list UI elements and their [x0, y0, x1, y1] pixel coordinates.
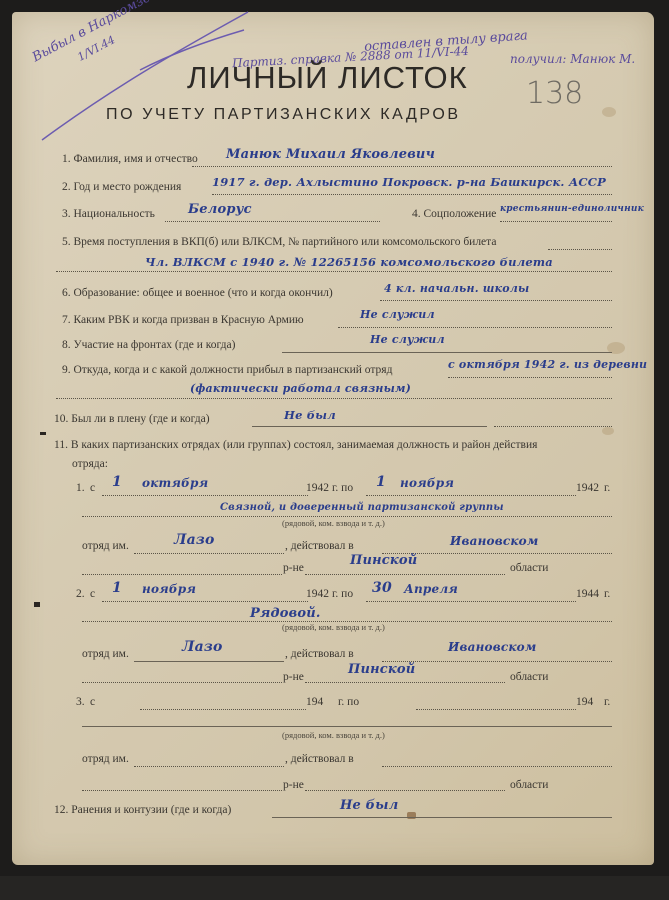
- field-5-line-2: [56, 271, 612, 272]
- field-11-label-2: отряда:: [72, 458, 108, 470]
- field-5-line: [548, 249, 612, 250]
- field-9-line-2: [56, 398, 612, 399]
- entry-1-to-year: 1942: [576, 482, 599, 494]
- entry-3-district-label: р-не: [283, 779, 304, 791]
- entry-1-region-label: области: [510, 562, 548, 574]
- entry-1-year-end: г.: [604, 482, 610, 494]
- entry-1-acted-in: Ивановском: [450, 534, 538, 548]
- entry-1-to-day: 1: [376, 474, 386, 490]
- entry-2-from-year: 1942: [306, 588, 329, 600]
- entry-1-position: Связной, и доверенный партизанской групп…: [220, 502, 504, 513]
- entry-2-to-line: [366, 601, 576, 602]
- field-3-label: 3. Национальность: [62, 208, 155, 220]
- entry-2-to-day: 30: [372, 580, 392, 596]
- entry-3-num: 3.: [76, 696, 85, 708]
- field-3-line: [165, 221, 380, 222]
- entry-3-acted-line: [382, 766, 612, 767]
- field-10-line: [252, 426, 487, 427]
- entry-3-acted-label: , действовал в: [285, 753, 354, 765]
- entry-1-from-year: 1942: [306, 482, 329, 494]
- field-10-value: Не был: [284, 408, 336, 422]
- entry-2-acted-in: Ивановском: [448, 640, 536, 654]
- field-12-value: Не был: [340, 798, 398, 813]
- entry-1-to-label: г. по: [332, 482, 353, 494]
- entry-2-district-line: [82, 682, 282, 683]
- page-title: ЛИЧНЫЙ ЛИСТОК: [187, 60, 468, 96]
- entry-1-region-line: [305, 574, 505, 575]
- entry-3-detachment-line: [134, 766, 284, 767]
- entry-1-from-month: октября: [142, 476, 208, 490]
- field-6-value: 4 кл. начальн. школы: [384, 282, 529, 295]
- entry-1-detachment: Лазо: [174, 532, 215, 548]
- field-3-value: Белорус: [188, 202, 252, 217]
- field-7-line: [338, 327, 612, 328]
- field-9-label: 9. Откуда, когда и с какой должности при…: [62, 364, 392, 376]
- entry-1-from-line: [102, 495, 308, 496]
- sheet-number: 138: [526, 76, 583, 111]
- field-7-value: Не служил: [360, 308, 435, 321]
- page-subtitle: ПО УЧЕТУ ПАРТИЗАНСКИХ КАДРОВ: [106, 106, 461, 124]
- received-by-note: получил: Манюк М.: [510, 52, 635, 66]
- field-1-label: 1. Фамилия, имя и отчество: [62, 153, 198, 165]
- entry-1-acted-label: , действовал в: [285, 540, 354, 552]
- entry-2-acted-line: [382, 661, 612, 662]
- field-2-value: 1917 г. дер. Ахлыстино Покровск. р-на Ба…: [212, 175, 606, 189]
- field-1-value: Манюк Михаил Яковлевич: [226, 147, 435, 162]
- field-8-value: Не служил: [370, 333, 445, 346]
- entry-1-detachment-line: [134, 553, 284, 554]
- entry-2-caption: (рядовой, ком. взвода и т. д.): [282, 622, 385, 632]
- field-10-line-2: [494, 426, 612, 427]
- field-5-label: 5. Время поступления в ВКП(б) или ВЛКСМ,…: [62, 236, 496, 248]
- entry-3-year-end: г.: [604, 696, 610, 708]
- field-4-label: 4. Соцположение: [412, 208, 496, 220]
- entry-2-detachment-label: отряд им.: [82, 648, 129, 660]
- entry-3-detachment-label: отряд им.: [82, 753, 129, 765]
- entry-2-detachment-line: [134, 661, 284, 662]
- entry-3-district-line: [82, 790, 282, 791]
- field-9-value-2: (фактически работал связным): [190, 382, 411, 395]
- entry-2-to-year: 1944: [576, 588, 599, 600]
- entry-2-from-month: ноября: [142, 582, 196, 596]
- field-2-line: [212, 194, 612, 195]
- entry-1-from-label: с: [90, 482, 95, 494]
- field-8-label: 8. Участие на фронтах (где и когда): [62, 339, 235, 351]
- entry-3-region-line: [305, 790, 505, 791]
- entry-3-caption: (рядовой, ком. взвода и т. д.): [282, 730, 385, 740]
- field-8-line: [282, 352, 612, 353]
- entry-2-to-label: г. по: [332, 588, 353, 600]
- entry-3-from-line: [140, 709, 306, 710]
- field-5-value: Чл. ВЛКСМ с 1940 г. № 12265156 комсомоль…: [145, 255, 553, 269]
- entry-2-from-day: 1: [112, 580, 122, 596]
- entry-2-district-label: р-не: [283, 671, 304, 683]
- entry-3-from-year: 194: [306, 696, 323, 708]
- entry-1-from-day: 1: [112, 474, 122, 490]
- entry-1-detachment-label: отряд им.: [82, 540, 129, 552]
- field-6-line: [380, 300, 612, 301]
- entry-3-to-line: [416, 709, 576, 710]
- entry-2-detachment: Лазо: [182, 639, 223, 655]
- entry-1-district-line: [82, 574, 282, 575]
- scan-border: [0, 876, 669, 900]
- entry-2-position: Рядовой.: [250, 606, 321, 621]
- entry-1-district-label: р-не: [283, 562, 304, 574]
- entry-1-num: 1.: [76, 482, 85, 494]
- field-1-line: [192, 166, 612, 167]
- field-10-label: 10. Был ли в плену (где и когда): [54, 413, 210, 425]
- entry-2-year-end: г.: [604, 588, 610, 600]
- field-9-line: [448, 377, 612, 378]
- field-9-value: с октября 1942 г. из деревни: [448, 358, 647, 371]
- entry-2-region: Пинской: [348, 662, 415, 677]
- entry-1-to-line: [366, 495, 576, 496]
- field-6-label: 6. Образование: общее и военное (что и к…: [62, 287, 333, 299]
- entry-1-to-month: ноября: [400, 476, 454, 490]
- entry-1-region: Пинской: [350, 553, 417, 568]
- entry-3-region-label: области: [510, 779, 548, 791]
- field-4-line: [500, 221, 612, 222]
- entry-2-region-line: [305, 682, 505, 683]
- field-2-label: 2. Год и место рождения: [62, 181, 181, 193]
- entry-3-from-label: с: [90, 696, 95, 708]
- entry-3-to-label: г. по: [338, 696, 359, 708]
- entry-3-to-year: 194: [576, 696, 593, 708]
- field-12-label: 12. Ранения и контузии (где и когда): [54, 804, 231, 816]
- entry-2-num: 2.: [76, 588, 85, 600]
- entry-2-region-label: области: [510, 671, 548, 683]
- entry-2-from-line: [102, 601, 308, 602]
- field-4-value: крестьянин-единоличник: [500, 204, 644, 214]
- entry-3-position-line: [82, 726, 612, 727]
- field-12-line: [272, 817, 612, 818]
- entry-2-to-month: Апреля: [404, 582, 458, 596]
- entry-2-from-label: с: [90, 588, 95, 600]
- field-7-label: 7. Каким РВК и когда призван в Красную А…: [62, 314, 304, 326]
- entry-2-acted-label: , действовал в: [285, 648, 354, 660]
- field-11-label: 11. В каких партизанских отрядах (или гр…: [54, 439, 537, 451]
- entry-1-caption: (рядовой, ком. взвода и т. д.): [282, 518, 385, 528]
- entry-1-position-line: [82, 516, 612, 517]
